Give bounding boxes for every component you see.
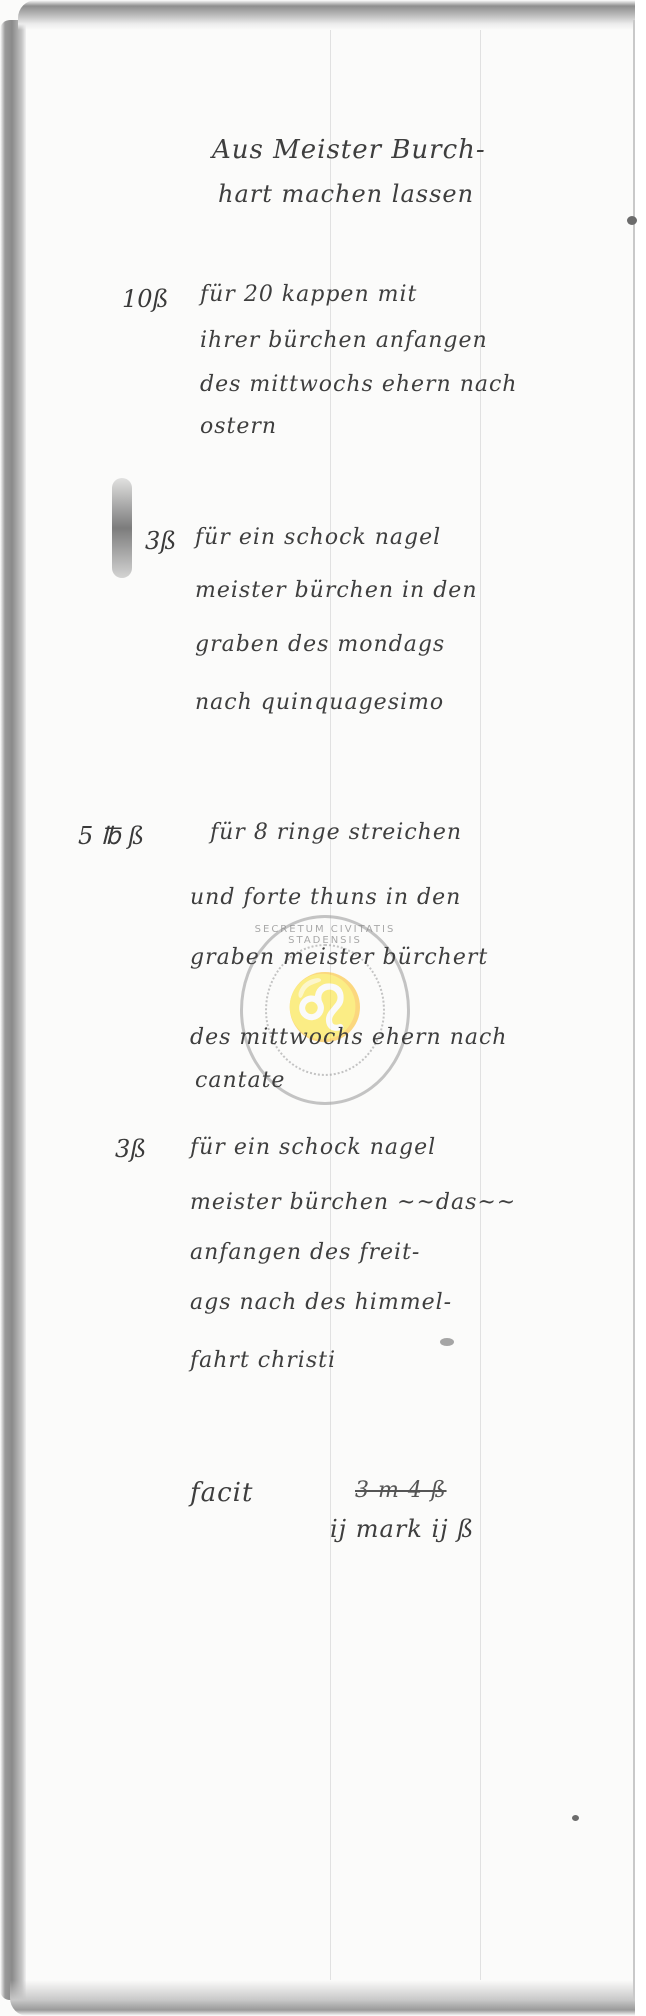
entry-amount: 3ß [145, 527, 176, 555]
top-edge [18, 0, 646, 30]
ink-blot [627, 216, 637, 225]
entry-line: anfangen des freit- [190, 1240, 420, 1265]
total-label: facit [190, 1478, 253, 1508]
heading-line-2: hart machen lassen [218, 180, 474, 208]
total-struck-value: 3 m 4 ß [355, 1478, 447, 1503]
heading-line-1: Aus Meister Burch- [212, 135, 486, 165]
entry-line: des mittwochs ehern nach [190, 1025, 507, 1050]
entry-line: fahrt christi [190, 1348, 336, 1373]
entry-line: ostern [200, 414, 277, 439]
seal-legend: SECRETUM CIVITATIS STADENSIS [243, 924, 407, 946]
entry-line: für ein schock nagel [190, 1135, 436, 1160]
entry-amount: 5 ℔ ß [78, 822, 144, 850]
entry-line: ihrer bürchen anfangen [200, 328, 488, 353]
ink-blot [572, 1815, 579, 1821]
entry-line: für 20 kappen mit [200, 282, 417, 307]
manuscript-page: Aus Meister Burch- hart machen lassen 10… [0, 0, 646, 2016]
entry-line: ags nach des himmel- [190, 1290, 452, 1315]
entry-amount: 3ß [115, 1135, 146, 1163]
ink-blot [440, 1338, 454, 1346]
binding-edge [0, 20, 26, 2000]
entry-line: für 8 ringe streichen [210, 820, 462, 845]
total-value: ij mark ij ß [330, 1515, 474, 1543]
entry-line: und forte thuns in den [190, 885, 461, 910]
paper-fold-line [480, 30, 481, 1980]
bottom-edge [10, 1980, 646, 2016]
entry-line: meister bürchen ~~das~~ [190, 1190, 516, 1215]
entry-line: graben des mondags [195, 632, 445, 657]
entry-line: des mittwochs ehern nach [200, 372, 517, 397]
entry-line: für ein schock nagel [195, 525, 441, 550]
entry-line: graben meister bürchert [190, 945, 488, 970]
right-margin [635, 0, 646, 2016]
entry-line: nach quinquagesimo [195, 690, 444, 715]
entry-amount: 10ß [122, 285, 169, 313]
entry-line: meister bürchen in den [195, 578, 478, 603]
margin-smudge [112, 478, 132, 578]
entry-line: cantate [195, 1068, 285, 1093]
